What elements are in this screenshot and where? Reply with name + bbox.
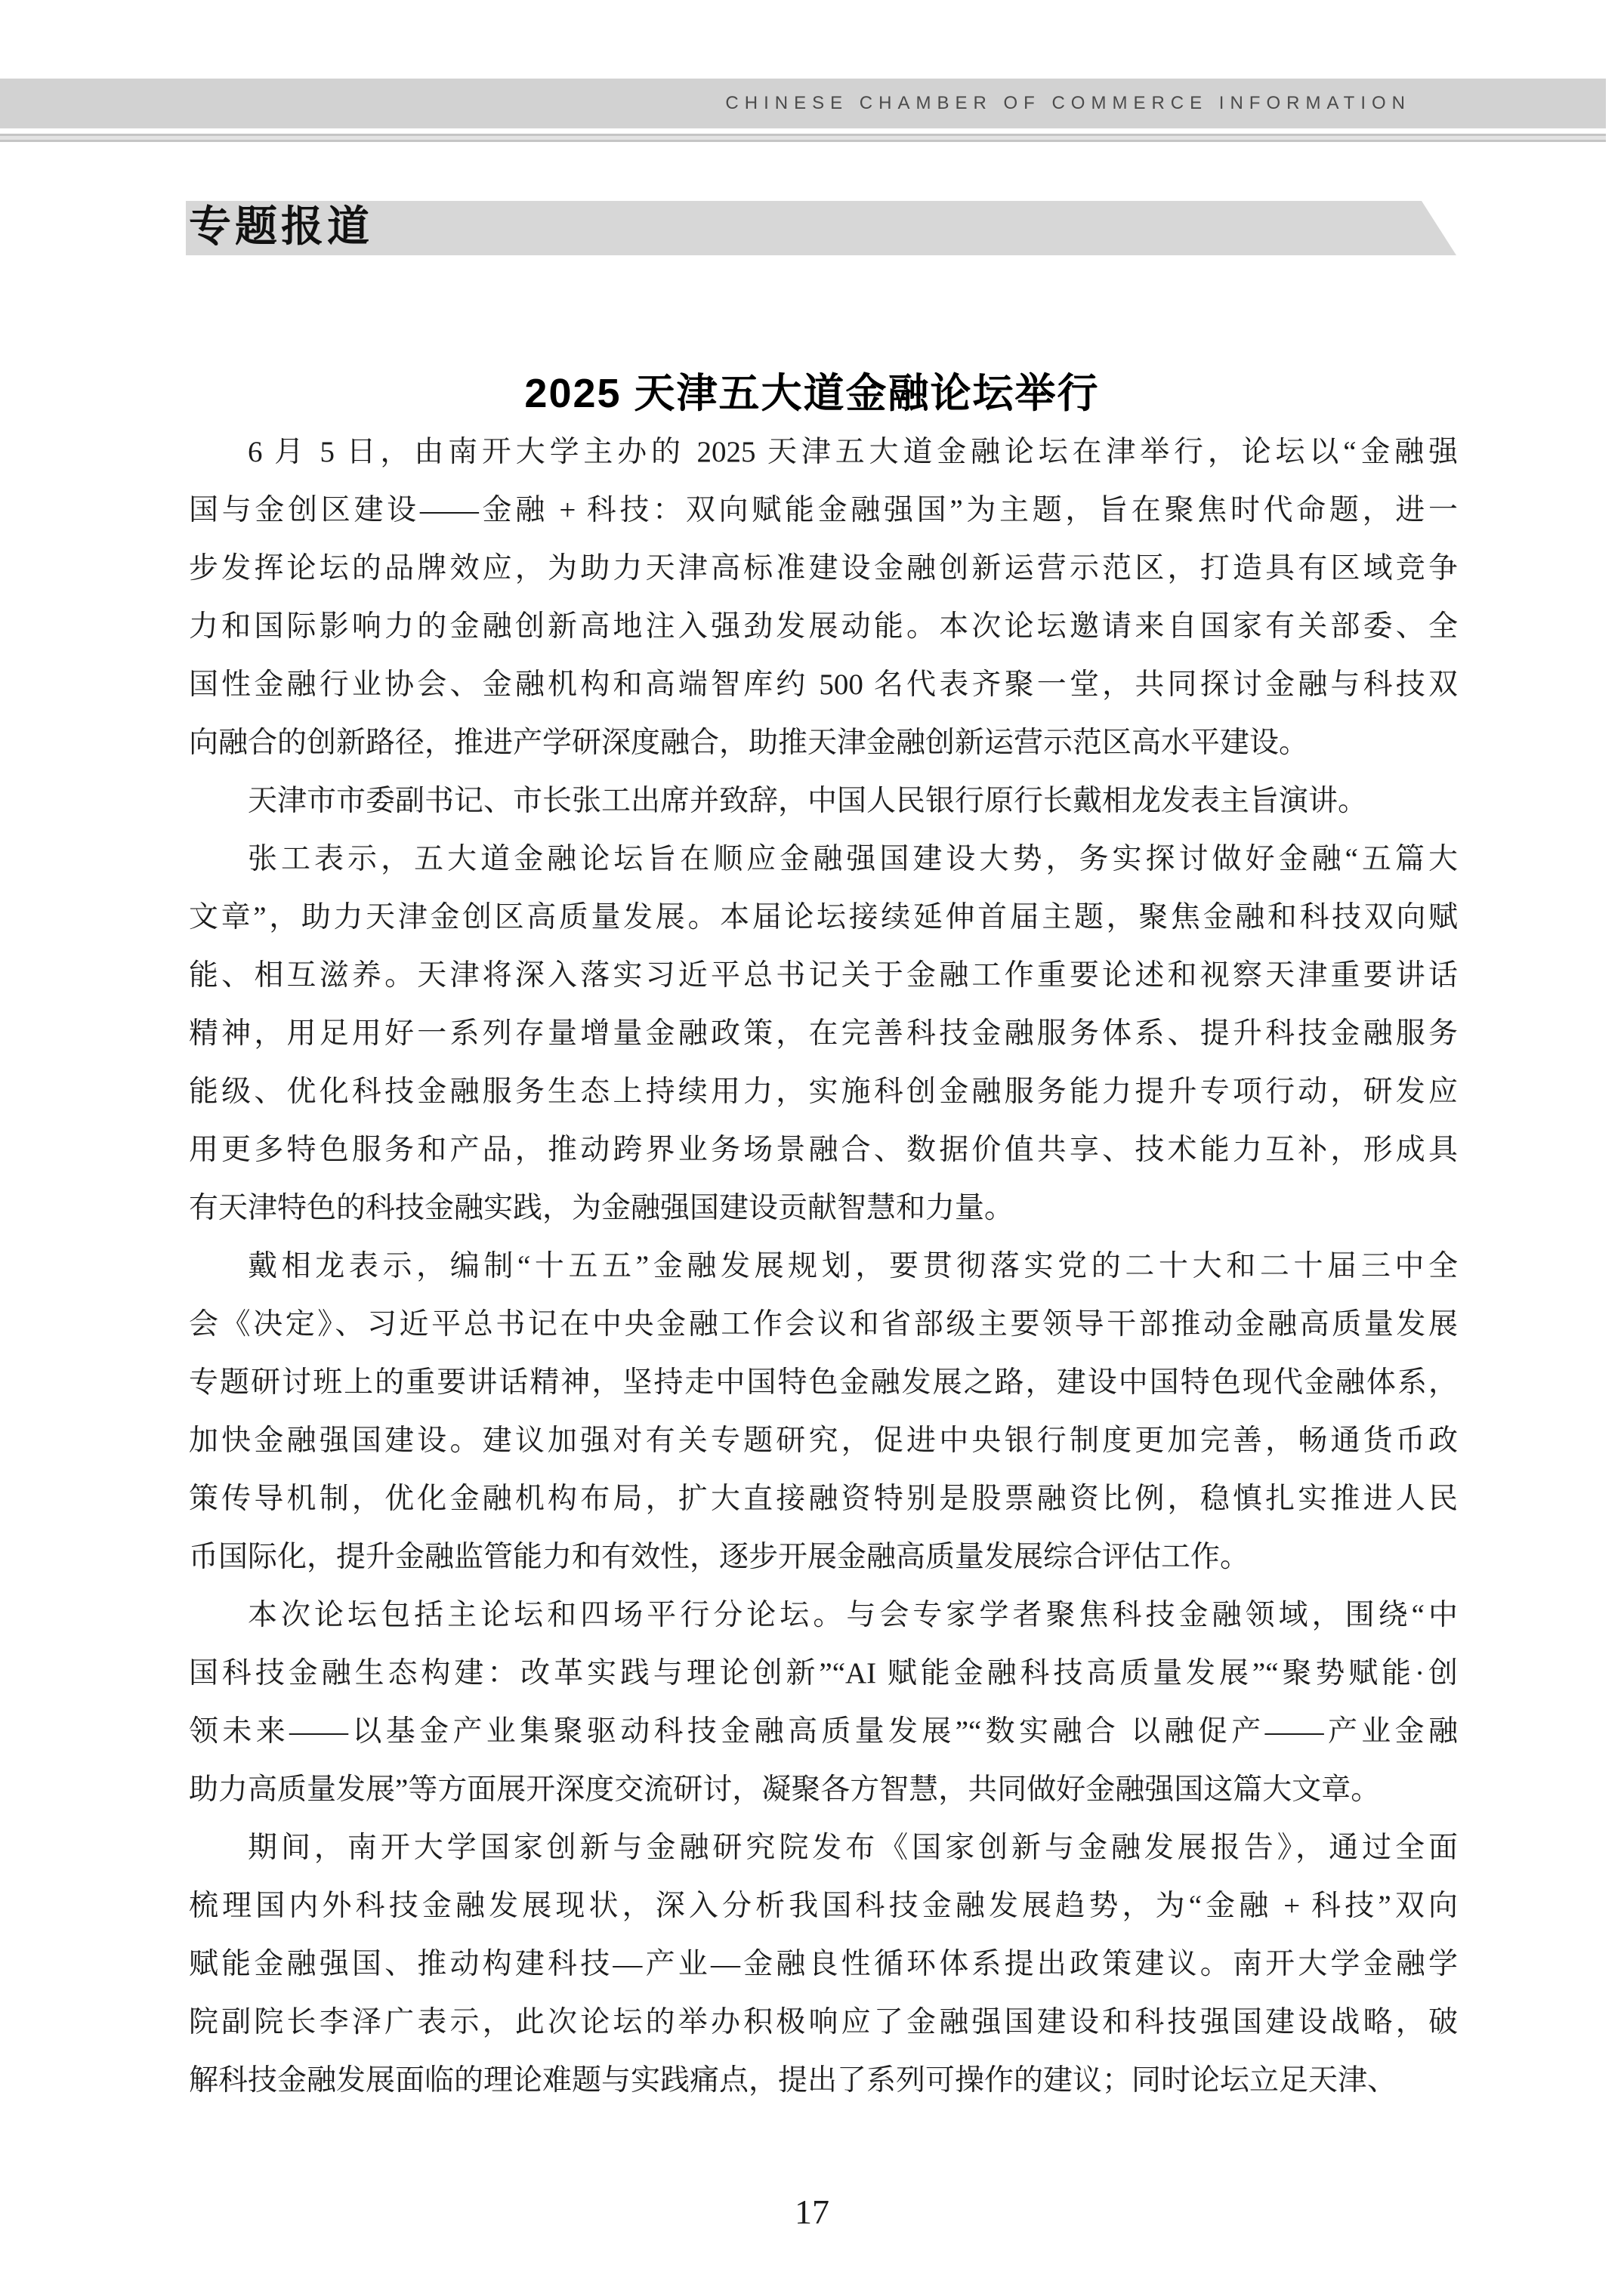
double-rule-divider [0,134,1606,142]
article-line: 张工表示，五大道金融论坛旨在顺应金融强国建设大势，务实探讨做好金融“五篇大 [189,830,1458,888]
page-number: 17 [0,2192,1624,2232]
article-line: 精神，用足用好一系列存量增量金融政策，在完善科技金融服务体系、提升科技金融服务 [189,1005,1458,1063]
section-banner-label: 专题报道 [189,201,373,255]
article-line: 步发挥论坛的品牌效应，为助力天津高标准建设金融创新运营示范区，打造具有区域竞争 [189,539,1458,597]
article-line: 赋能金融强国、推动构建科技—产业—金融良性循环体系提出政策建议。南开大学金融学 [189,1935,1458,1993]
article-line: 助力高质量发展”等方面展开深度交流研讨，凝聚各方智慧，共同做好金融强国这篇大文章… [189,1761,1458,1819]
article-line: 天津市市委副书记、市长张工出席并致辞，中国人民银行原行长戴相龙发表主旨演讲。 [189,772,1458,830]
article-line: 本次论坛包括主论坛和四场平行分论坛。与会专家学者聚焦科技金融领域，围绕“中 [189,1586,1458,1644]
article-line: 国性金融行业协会、金融机构和高端智库约 500 名代表齐聚一堂，共同探讨金融与科… [189,656,1458,714]
article-body: 6 月 5 日，由南开大学主办的 2025 天津五大道金融论坛在津举行，论坛以“… [189,423,1458,2109]
article-line: 用更多特色服务和产品，推动跨界业务场景融合、数据价值共享、技术能力互补，形成具 [189,1121,1458,1179]
article-paragraph: 期间，南开大学国家创新与金融研究院发布《国家创新与金融发展报告》，通过全面梳理国… [189,1819,1458,2109]
article-line: 戴相龙表示，编制“十五五”金融发展规划，要贯彻落实党的二十大和二十届三中全 [189,1237,1458,1295]
article-line: 院副院长李泽广表示，此次论坛的举办积极响应了金融强国建设和科技强国建设战略，破 [189,1993,1458,2051]
article-line: 国与金创区建设——金融 + 科技：双向赋能金融强国”为主题，旨在聚焦时代命题，进… [189,481,1458,539]
magazine-page: CHINESE CHAMBER OF COMMERCE INFORMATION … [0,0,1624,2293]
article-paragraph: 张工表示，五大道金融论坛旨在顺应金融强国建设大势，务实探讨做好金融“五篇大文章”… [189,830,1458,1237]
article-line: 有天津特色的科技金融实践，为金融强国建设贡献智慧和力量。 [189,1179,1458,1237]
article-line: 解科技金融发展面临的理论难题与实践痛点，提出了系列可操作的建议；同时论坛立足天津… [189,2051,1458,2109]
article-line: 力和国际影响力的金融创新高地注入强劲发展动能。本次论坛邀请来自国家有关部委、全 [189,597,1458,656]
article-line: 专题研讨班上的重要讲话精神，坚持走中国特色金融发展之路，建设中国特色现代金融体系… [189,1353,1458,1412]
article-line: 期间，南开大学国家创新与金融研究院发布《国家创新与金融发展报告》，通过全面 [189,1819,1458,1877]
article-line: 梳理国内外科技金融发展现状，深入分析我国科技金融发展趋势，为“金融 + 科技”双… [189,1877,1458,1935]
article-line: 会《决定》、习近平总书记在中央金融工作会议和省部级主要领导干部推动金融高质量发展 [189,1295,1458,1353]
article-line: 能、相互滋养。天津将深入落实习近平总书记关于金融工作重要论述和视察天津重要讲话 [189,946,1458,1005]
article-title: 2025 天津五大道金融论坛举行 [0,361,1624,419]
article-line: 向融合的创新路径，推进产学研深度融合，助推天津金融创新运营示范区高水平建设。 [189,714,1458,772]
article-paragraph: 戴相龙表示，编制“十五五”金融发展规划，要贯彻落实党的二十大和二十届三中全会《决… [189,1237,1458,1586]
article-paragraph: 6 月 5 日，由南开大学主办的 2025 天津五大道金融论坛在津举行，论坛以“… [189,423,1458,772]
article-line: 国科技金融生态构建：改革实践与理论创新”“AI 赋能金融科技高质量发展”“聚势赋… [189,1644,1458,1702]
article-line: 策传导机制，优化金融机构布局，扩大直接融资特别是股票融资比例，稳慎扎实推进人民 [189,1470,1458,1528]
masthead-bar: CHINESE CHAMBER OF COMMERCE INFORMATION [0,79,1606,128]
article-paragraph: 本次论坛包括主论坛和四场平行分论坛。与会专家学者聚焦科技金融领域，围绕“中国科技… [189,1586,1458,1819]
article-line: 6 月 5 日，由南开大学主办的 2025 天津五大道金融论坛在津举行，论坛以“… [189,423,1458,481]
article-line: 币国际化，提升金融监管能力和有效性，逐步开展金融高质量发展综合评估工作。 [189,1528,1458,1586]
article-line: 能级、优化科技金融服务生态上持续用力，实施科创金融服务能力提升专项行动，研发应 [189,1063,1458,1121]
section-banner: 专题报道 [186,201,1456,255]
article-line: 领未来——以基金产业集聚驱动科技金融高质量发展”“数实融合 以融促产——产业金融 [189,1702,1458,1761]
masthead-title: CHINESE CHAMBER OF COMMERCE INFORMATION [725,79,1411,128]
article-line: 文章”，助力天津金创区高质量发展。本届论坛接续延伸首届主题，聚焦金融和科技双向赋 [189,888,1458,946]
article-paragraph: 天津市市委副书记、市长张工出席并致辞，中国人民银行原行长戴相龙发表主旨演讲。 [189,772,1458,830]
article-line: 加快金融强国建设。建议加强对有关专题研究，促进中央银行制度更加完善，畅通货币政 [189,1412,1458,1470]
